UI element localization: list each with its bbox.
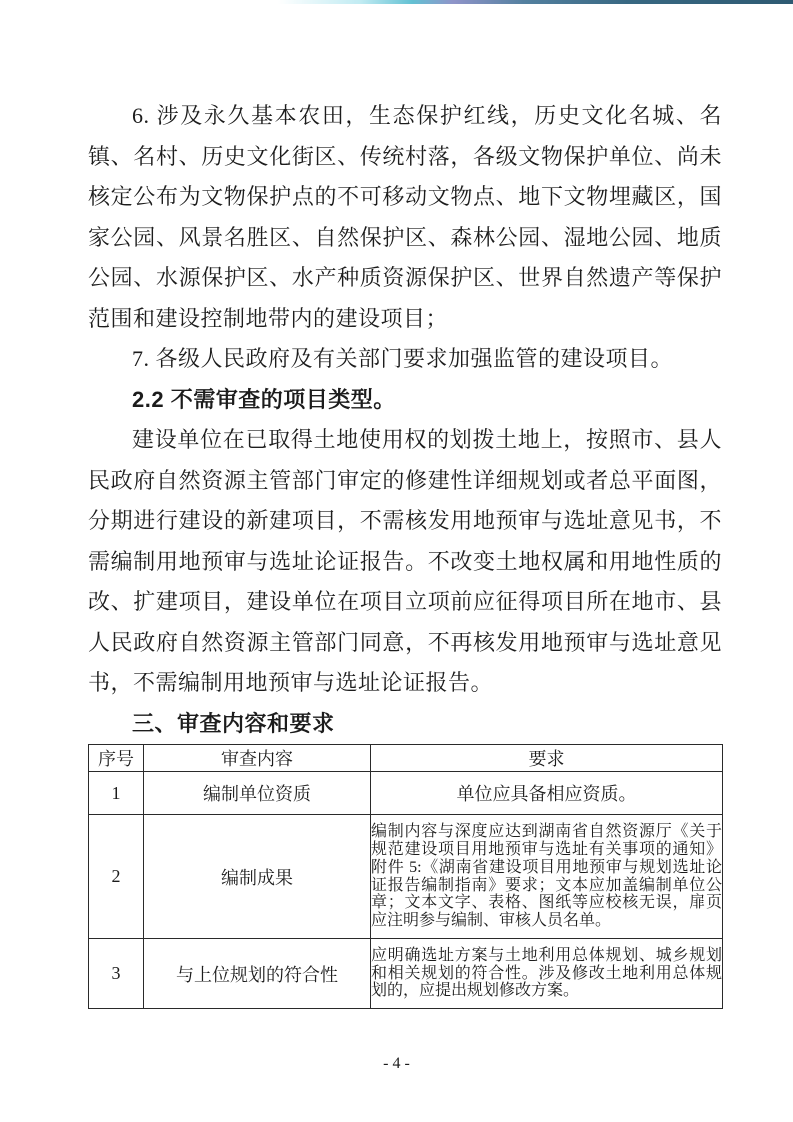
document-page: 6. 涉及永久基本农田，生态保护红线，历史文化名城、名镇、名村、历史文化街区、传…	[0, 0, 793, 1122]
table-row: 3 与上位规划的符合性 应明确选址方案与土地利用总体规划、城乡规划和相关规划的符…	[89, 939, 723, 1009]
cell-seq: 1	[89, 772, 144, 815]
section-heading-3: 三、审查内容和要求	[88, 704, 722, 745]
cell-content: 编制成果	[144, 815, 371, 939]
review-requirements-table: 序号 审查内容 要求 1 编制单位资质 单位应具备相应资质。 2 编制成果 编制…	[88, 744, 723, 1009]
document-content: 6. 涉及永久基本农田，生态保护红线，历史文化名城、名镇、名村、历史文化街区、传…	[88, 96, 722, 1009]
table-row: 2 编制成果 编制内容与深度应达到湖南省自然资源厅《关于规范建设项目用地预审与选…	[89, 815, 723, 939]
cell-requirement: 编制内容与深度应达到湖南省自然资源厅《关于规范建设项目用地预审与选址有关事项的通…	[371, 815, 723, 939]
paragraph-subsection-body: 建设单位在已取得土地使用权的划拨土地上，按照市、县人民政府自然资源主管部门审定的…	[88, 420, 722, 704]
paragraph-exempt-item-7: 7. 各级人民政府及有关部门要求加强监管的建设项目。	[88, 339, 722, 380]
cell-requirement: 单位应具备相应资质。	[371, 772, 723, 815]
col-header-requirement: 要求	[371, 745, 723, 772]
cell-content: 与上位规划的符合性	[144, 939, 371, 1009]
page-number: - 4 -	[0, 1054, 793, 1074]
scan-artifact-line	[278, 0, 793, 4]
cell-requirement: 应明确选址方案与土地利用总体规划、城乡规划和相关规划的符合性。涉及修改土地利用总…	[371, 939, 723, 1009]
table-row: 1 编制单位资质 单位应具备相应资质。	[89, 772, 723, 815]
subsection-heading-2-2: 2.2 不需审查的项目类型。	[88, 380, 722, 421]
col-header-seq: 序号	[89, 745, 144, 772]
table-header-row: 序号 审查内容 要求	[89, 745, 723, 772]
col-header-content: 审查内容	[144, 745, 371, 772]
cell-content: 编制单位资质	[144, 772, 371, 815]
paragraph-exempt-item-6: 6. 涉及永久基本农田，生态保护红线，历史文化名城、名镇、名村、历史文化街区、传…	[88, 96, 722, 339]
cell-seq: 3	[89, 939, 144, 1009]
cell-seq: 2	[89, 815, 144, 939]
